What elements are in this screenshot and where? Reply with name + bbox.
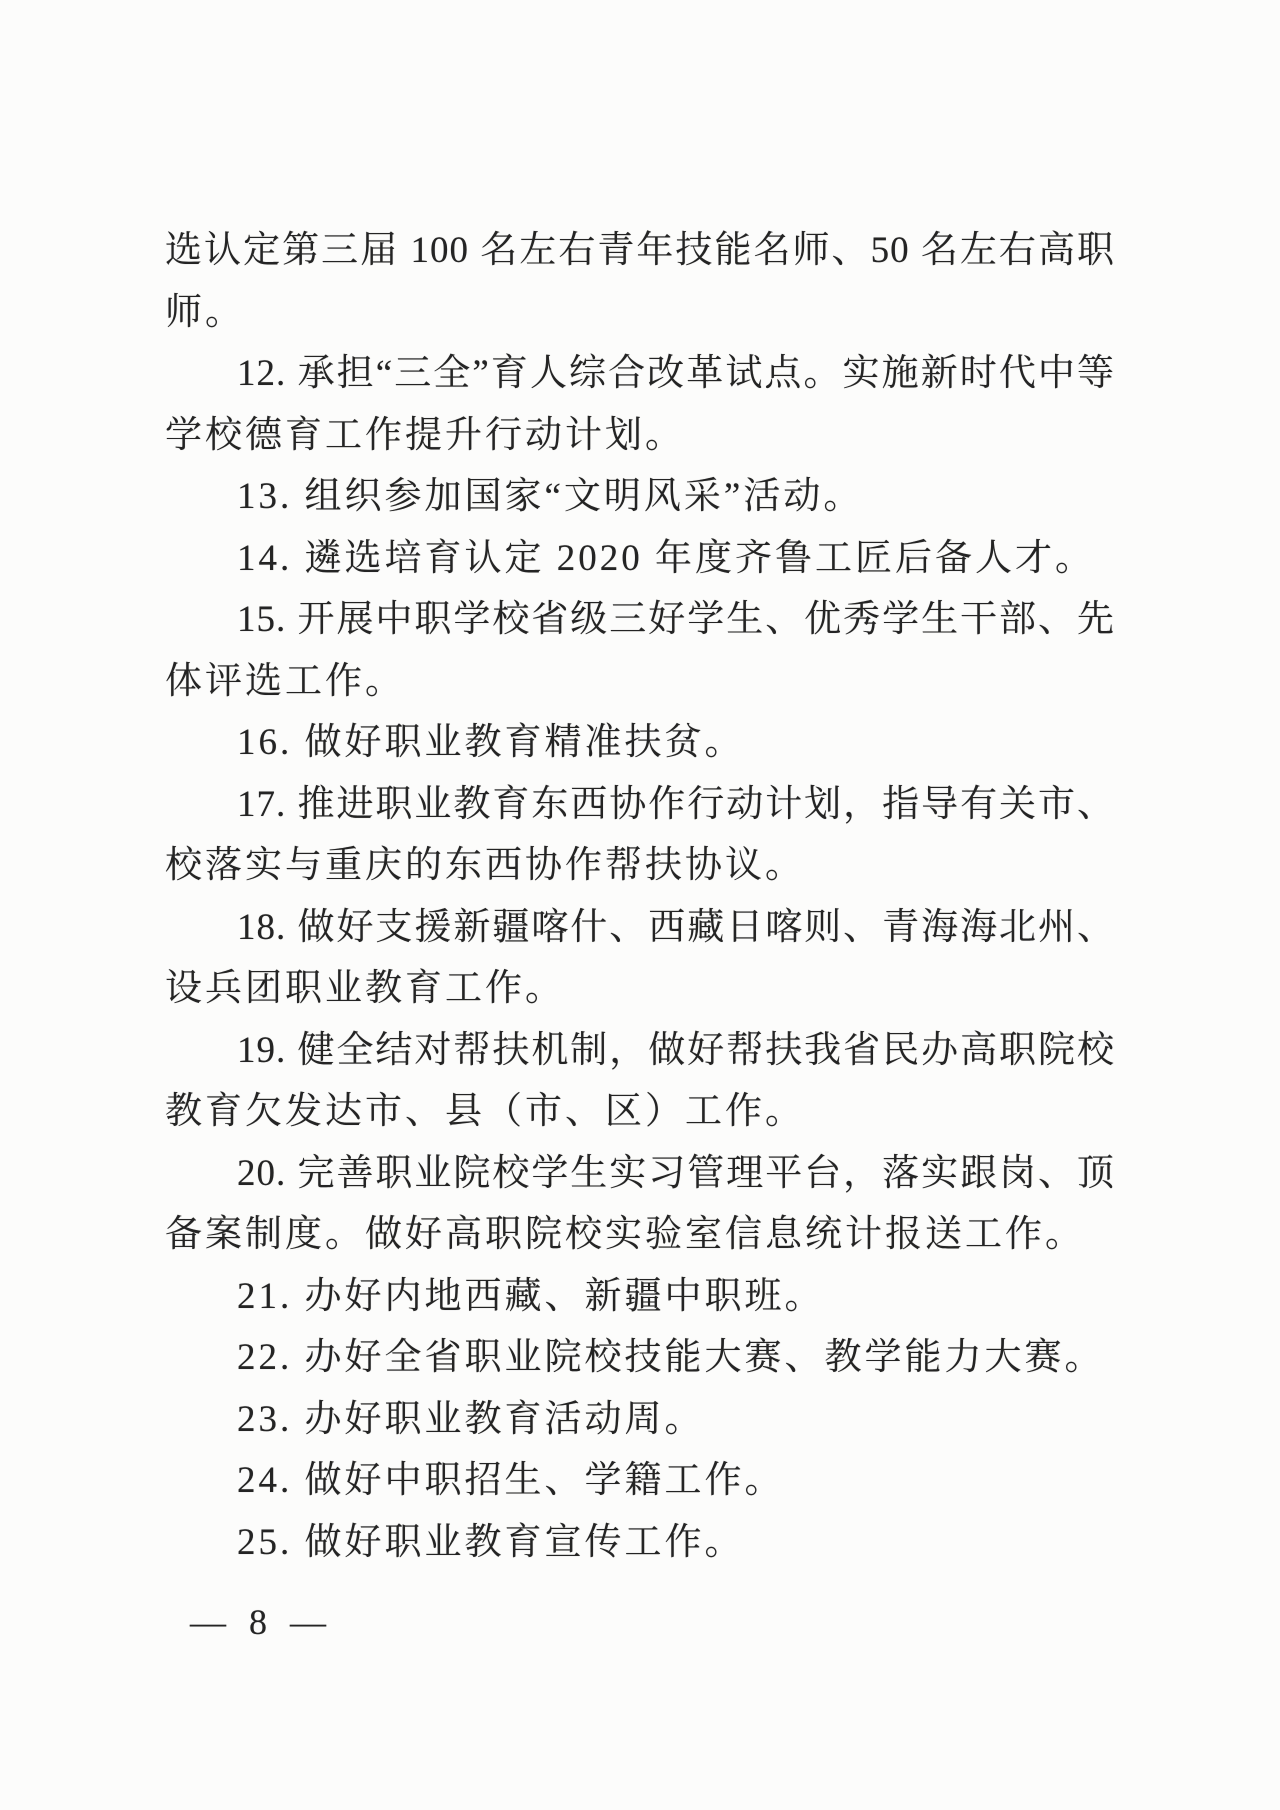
text-line: 备案制度。做好高职院校实验室信息统计报送工作。 <box>165 1204 1115 1266</box>
text-line: 23. 办好职业教育活动周。 <box>165 1389 1115 1451</box>
text-line: 选认定第三届 100 名左右青年技能名师、50 名左右高职教学名 <box>165 220 1115 282</box>
text-line: 14. 遴选培育认定 2020 年度齐鲁工匠后备人才。 <box>165 528 1115 590</box>
text-line: 16. 做好职业教育精准扶贫。 <box>165 712 1115 774</box>
text-line: 21. 办好内地西藏、新疆中职班。 <box>165 1266 1115 1328</box>
text-line: 12. 承担“三全”育人综合改革试点。实施新时代中等职业 <box>165 343 1115 405</box>
text-line: 18. 做好支援新疆喀什、西藏日喀则、青海海北州、新疆建 <box>165 897 1115 959</box>
text-line: 校落实与重庆的东西协作帮扶协议。 <box>165 835 1115 897</box>
text-line: 17. 推进职业教育东西协作行动计划，指导有关市、高职院 <box>165 774 1115 836</box>
text-line: 教育欠发达市、县（市、区）工作。 <box>165 1081 1115 1143</box>
text-line: 25. 做好职业教育宣传工作。 <box>165 1512 1115 1574</box>
text-line: 师。 <box>165 282 1115 344</box>
text-line: 设兵团职业教育工作。 <box>165 958 1115 1020</box>
page-number: — 8 — <box>190 1602 328 1642</box>
text-line: 24. 做好中职招生、学籍工作。 <box>165 1450 1115 1512</box>
text-line: 体评选工作。 <box>165 651 1115 713</box>
text-line: 13. 组织参加国家“文明风采”活动。 <box>165 466 1115 528</box>
document-page: 选认定第三届 100 名左右青年技能名师、50 名左右高职教学名师。12. 承担… <box>0 0 1280 1810</box>
text-line: 15. 开展中职学校省级三好学生、优秀学生干部、先进班集 <box>165 589 1115 651</box>
text-line: 学校德育工作提升行动计划。 <box>165 405 1115 467</box>
document-body: 选认定第三届 100 名左右青年技能名师、50 名左右高职教学名师。12. 承担… <box>165 220 1115 1573</box>
text-line: 19. 健全结对帮扶机制，做好帮扶我省民办高职院校和职业 <box>165 1020 1115 1082</box>
text-line: 20. 完善职业院校学生实习管理平台，落实跟岗、顶岗实习 <box>165 1143 1115 1205</box>
text-line: 22. 办好全省职业院校技能大赛、教学能力大赛。 <box>165 1327 1115 1389</box>
page-footer: — 8 — <box>190 1600 328 1644</box>
